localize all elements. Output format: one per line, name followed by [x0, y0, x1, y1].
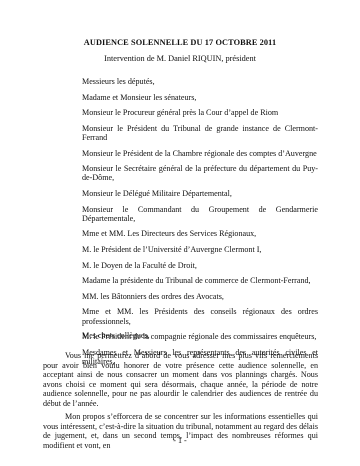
greeting: Mes chers collègues,	[82, 331, 150, 340]
salutation-line: Monsieur le Commandant du Groupement de …	[82, 205, 318, 223]
salutation-line: Monsieur le Secrétaire général de la pré…	[82, 164, 318, 182]
salutation-line: Mme et MM. Les Directeurs des Services R…	[82, 229, 318, 238]
salutation-line: Monsieur le Président de la Chambre régi…	[82, 149, 318, 158]
document-subtitle: Intervention de M. Daniel RIQUIN, présid…	[0, 54, 360, 63]
salutation-line: Messieurs les députés,	[82, 77, 318, 86]
salutation-line: Monsieur le Procureur général près la Co…	[82, 108, 318, 117]
salutation-line: Madame la présidente du Tribunal de comm…	[82, 276, 318, 285]
salutation-line: M. le Président de l’Université d’Auverg…	[82, 245, 318, 254]
page-number: - 1 -	[0, 436, 360, 445]
salutation-line: MM. les Bâtonniers des ordres des Avocat…	[82, 292, 318, 301]
salutations-list: Messieurs les députés, Madame et Monsieu…	[82, 77, 318, 373]
salutation-line: Madame et Monsieur les sénateurs,	[82, 93, 318, 102]
body-paragraph: Vous me permettrez d’abord de vous adres…	[43, 351, 318, 408]
document-page: AUDIENCE SOLENNELLE DU 17 OCTOBRE 2011 I…	[0, 0, 360, 466]
salutation-line: Mme et MM. les Présidents des conseils r…	[82, 307, 318, 325]
salutation-line: Monsieur le Président du Tribunal de gra…	[82, 124, 318, 142]
salutation-line: Monsieur le Délégué Militaire Départemen…	[82, 189, 318, 198]
document-title: AUDIENCE SOLENNELLE DU 17 OCTOBRE 2011	[0, 38, 360, 47]
salutation-line: M. le Doyen de la Faculté de Droit,	[82, 261, 318, 270]
